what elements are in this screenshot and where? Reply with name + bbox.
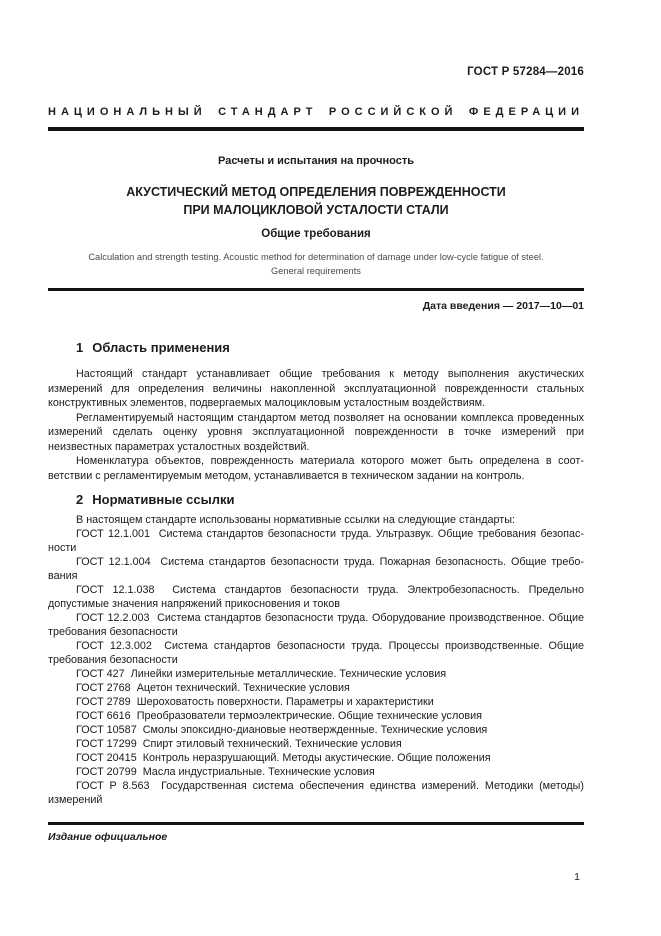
effective-date: Дата введения — 2017—10—01 [48,300,584,312]
reference-item: ГОСТ Р 8.563 Государственная система обе… [48,779,584,807]
standard-title-english-line2: General requirements [48,265,584,279]
scope-paragraphs: Настоящий стандарт устанавливает общие т… [48,367,584,483]
page-number: 1 [48,871,580,883]
standard-title-english: Calculation and strength testing. Acoust… [48,251,584,278]
reference-item: ГОСТ 12.3.002 Система стандартов безопас… [48,639,584,667]
title-separator-rule [48,288,584,291]
section-title: Область применения [92,340,230,355]
reference-item: ГОСТ 20415 Контроль неразрушающий. Метод… [48,751,584,765]
standard-number: ГОСТ Р 57284—2016 [48,0,584,78]
reference-item: ГОСТ 17299 Спирт этиловый технический. Т… [48,737,584,751]
section-heading-references: 2Нормативные ссылки [48,491,584,508]
document-page: ГОСТ Р 57284—2016 НАЦИОНАЛЬНЫЙ СТАНДАРТ … [0,0,661,936]
reference-item: ГОСТ 2768 Ацетон технический. Технически… [48,681,584,695]
references-intro: В настоящем стандарте использованы норма… [48,513,584,527]
reference-item: ГОСТ 2789 Шероховатость поверхности. Пар… [48,695,584,709]
scope-paragraph: Регламентируемый настоящим стандартом ме… [48,411,584,455]
reference-item: ГОСТ 20799 Масла индустриальные. Техниче… [48,765,584,779]
reference-item: ГОСТ 12.1.038 Система стандартов безопас… [48,583,584,611]
subject-group-title: Расчеты и испытания на прочность [48,155,584,167]
standard-title: АКУСТИЧЕСКИЙ МЕТОД ОПРЕДЕЛЕНИЯ ПОВРЕЖДЕН… [48,183,584,219]
section-heading-scope: 1Область применения [48,339,584,356]
footer-rule [48,822,584,825]
scope-paragraph: Номенклатура объектов, поврежденность ма… [48,454,584,483]
reference-item: ГОСТ 12.1.004 Система стандартов безопас… [48,555,584,583]
section-number: 2 [76,492,83,507]
standard-title-line2: ПРИ МАЛОЦИКЛОВОЙ УСТАЛОСТИ СТАЛИ [48,201,584,219]
standard-title-english-line1: Calculation and strength testing. Acoust… [48,251,584,265]
reference-item: ГОСТ 12.2.003 Система стандартов безопас… [48,611,584,639]
standard-title-line1: АКУСТИЧЕСКИЙ МЕТОД ОПРЕДЕЛЕНИЯ ПОВРЕЖДЕН… [48,183,584,201]
scope-paragraph: Настоящий стандарт устанавливает общие т… [48,367,584,411]
section-number: 1 [76,340,83,355]
reference-item: ГОСТ 427 Линейки измерительные металличе… [48,667,584,681]
reference-item: ГОСТ 12.1.001 Система стандартов безопас… [48,527,584,555]
reference-item: ГОСТ 6616 Преобразователи термоэлектриче… [48,709,584,723]
official-edition-note: Издание официальное [48,831,167,843]
references-list: В настоящем стандарте использованы норма… [48,513,584,807]
standard-subtitle: Общие требования [48,228,584,240]
reference-item: ГОСТ 10587 Смолы эпоксидно-диановые неот… [48,723,584,737]
header-rule [48,127,584,131]
page-content: ГОСТ Р 57284—2016 НАЦИОНАЛЬНЫЙ СТАНДАРТ … [48,0,584,807]
federation-standard-heading: НАЦИОНАЛЬНЫЙ СТАНДАРТ РОССИЙСКОЙ ФЕДЕРАЦ… [48,106,584,118]
section-title: Нормативные ссылки [92,492,234,507]
